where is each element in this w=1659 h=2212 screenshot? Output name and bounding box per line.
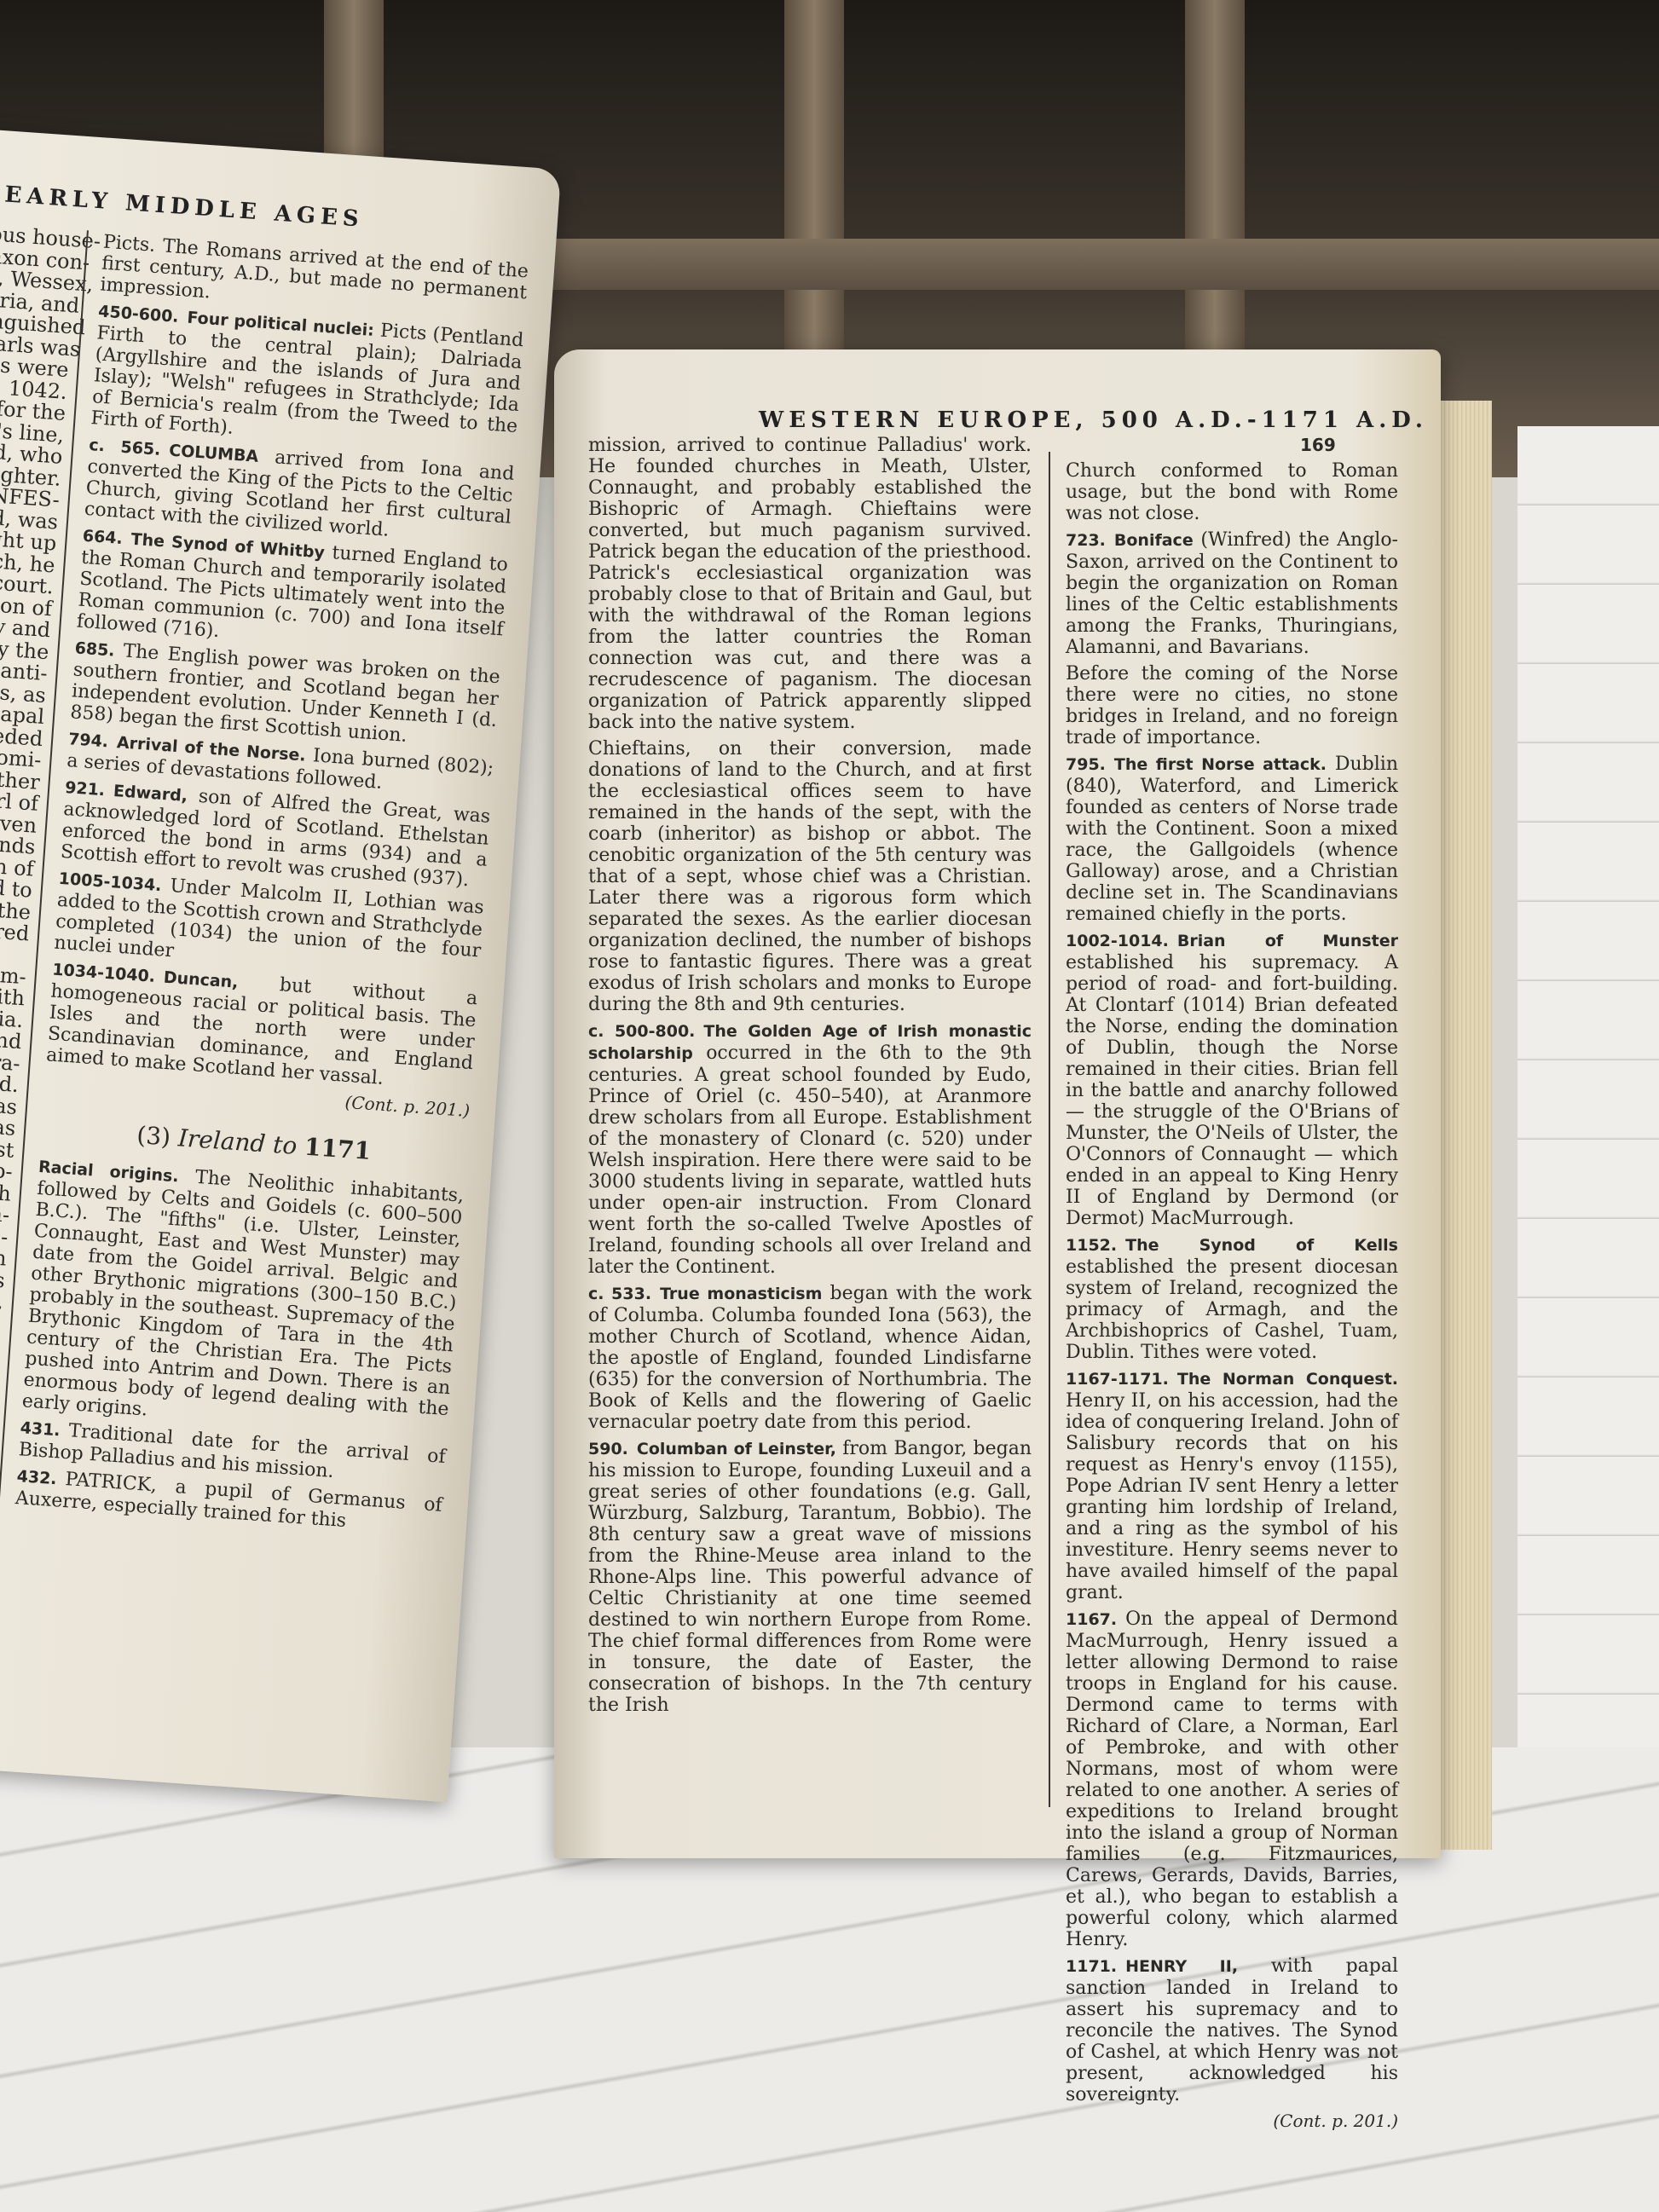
timeline-entry: c. 533.True monasticism began with the w…: [588, 1283, 1032, 1433]
entry-date: 590.: [588, 1440, 628, 1458]
entry-heading: Duncan,: [163, 968, 239, 992]
entry-text: arrived from Iona and converted the King…: [84, 447, 515, 540]
entry-text: Dublin (840), Waterford, and Limerick fo…: [1066, 754, 1398, 925]
entry-text: began with the work of Columba. Columba …: [588, 1283, 1032, 1433]
left-page: E EARLY MIDDLE AGES amous house-o-Saxon …: [0, 128, 561, 1802]
entry-date: c. 565.: [89, 436, 161, 459]
timeline-entry: mission, arrived to continue Palladius' …: [588, 435, 1032, 733]
timeline-entry: 590.Columban of Leinster, from Bangor, b…: [588, 1438, 1032, 1716]
crate-slat: [1185, 0, 1245, 401]
entry-text: established the present diocesan system …: [1066, 1256, 1398, 1363]
entry-date: 1002-1014.: [1066, 932, 1169, 950]
entry-heading: The first Norse attack.: [1114, 755, 1327, 774]
page-number: 169: [1300, 435, 1336, 455]
right-column-2: Church conformed to Roman usage, but the…: [1066, 460, 1398, 2132]
entry-date: 664.: [82, 527, 123, 548]
timeline-entry: 795.The first Norse attack. Dublin (840)…: [1066, 754, 1398, 925]
entry-text: On the appeal of Dermond MacMurrough, He…: [1066, 1608, 1398, 1950]
entry-date: 432.: [16, 1467, 57, 1488]
entry-date: 1167-1171.: [1066, 1370, 1169, 1389]
entry-date: 685.: [74, 638, 115, 660]
continued-note: (Cont. p. 201.): [1066, 2111, 1398, 2132]
entry-heading: Brian of Munster: [1177, 932, 1398, 950]
page-edges: [1432, 401, 1492, 1850]
entry-date: 1152.: [1066, 1236, 1117, 1255]
right-column-1: mission, arrived to continue Palladius' …: [588, 435, 1032, 1721]
timeline-entry: Church conformed to Roman usage, but the…: [1066, 460, 1398, 524]
entry-text: Picts (Pentland Firth to the central pla…: [90, 321, 524, 439]
entry-date: 795.: [1066, 755, 1106, 774]
timeline-entry: 1152.The Synod of Kells established the …: [1066, 1234, 1398, 1363]
timeline-entry: 1167.On the appeal of Dermond MacMurroug…: [1066, 1608, 1398, 1950]
timeline-entry: 1002-1014.Brian of Munster established h…: [1066, 930, 1398, 1229]
timeline-entry: 450-600.Four political nuclei: Picts (Pe…: [90, 300, 524, 459]
left-main-column: Picts. The Romans arrived at the end of …: [14, 232, 529, 1544]
entry-heading: True monasticism: [660, 1285, 822, 1303]
entry-text: occurred in the 6th to the 9th centuries…: [588, 1042, 1032, 1278]
entry-text: Picts. The Romans arrived at the end of …: [100, 232, 529, 304]
racial-origins-paragraph: Racial origins. The Neolithic inhabitant…: [21, 1156, 465, 1441]
entry-text: Henry II, on his accession, had the idea…: [1066, 1390, 1398, 1603]
entry-date: 794.: [68, 730, 109, 751]
entry-date: 1171.: [1066, 1957, 1117, 1976]
entry-text: Before the coming of the Norse there wer…: [1066, 663, 1398, 748]
entry-date: c. 533.: [588, 1285, 651, 1303]
entry-date: 723.: [1066, 531, 1106, 550]
entry-heading: Columban of Leinster,: [637, 1440, 836, 1458]
right-running-head: WESTERN EUROPE, 500 A.D.-1171 A.D.: [759, 407, 1428, 433]
crate-slat: [784, 0, 844, 401]
entry-heading: Boniface: [1114, 531, 1194, 550]
entry-date: 921.: [65, 778, 106, 800]
entry-date: c. 500-800.: [588, 1022, 695, 1041]
crate-shelf: [512, 239, 1659, 290]
entry-text: from Bangor, began his mission to Europe…: [588, 1438, 1032, 1716]
entry-heading: The Norman Conquest.: [1177, 1370, 1398, 1389]
right-page: WESTERN EUROPE, 500 A.D.-1171 A.D. 169 m…: [554, 349, 1441, 1858]
entry-heading: HENRY II,: [1125, 1957, 1238, 1976]
entry-text: Church conformed to Roman usage, but the…: [1066, 460, 1398, 524]
entry-text: but without a homogeneous racial or poli…: [45, 974, 478, 1089]
entry-text: established his supremacy. A period of r…: [1066, 952, 1398, 1229]
timeline-entry: 1167-1171.The Norman Conquest. Henry II,…: [1066, 1368, 1398, 1603]
entry-date: 431.: [20, 1418, 61, 1440]
timeline-entry: Before the coming of the Norse there wer…: [1066, 663, 1398, 748]
entry-text: with papal sanction landed in Ireland to…: [1066, 1955, 1398, 2105]
entry-date: 1167.: [1066, 1610, 1117, 1629]
entry-text: mission, arrived to continue Palladius' …: [588, 435, 1032, 733]
white-wall-background: [1517, 426, 1659, 1875]
entry-text: Chieftains, on their conversion, made do…: [588, 738, 1032, 1015]
timeline-entry: 723.Boniface (Winfred) the Anglo-Saxon, …: [1066, 529, 1398, 658]
timeline-entry: c. 500-800.The Golden Age of Irish monas…: [588, 1020, 1032, 1278]
column-rule: [1049, 452, 1050, 1807]
entry-heading: The Synod of Kells: [1125, 1236, 1398, 1255]
timeline-entry: 1171.HENRY II, with papal sanction lande…: [1066, 1955, 1398, 2105]
entry-heading: Edward,: [113, 782, 188, 806]
timeline-entry: Chieftains, on their conversion, made do…: [588, 738, 1032, 1015]
left-running-head: E EARLY MIDDLE AGES: [0, 180, 365, 233]
